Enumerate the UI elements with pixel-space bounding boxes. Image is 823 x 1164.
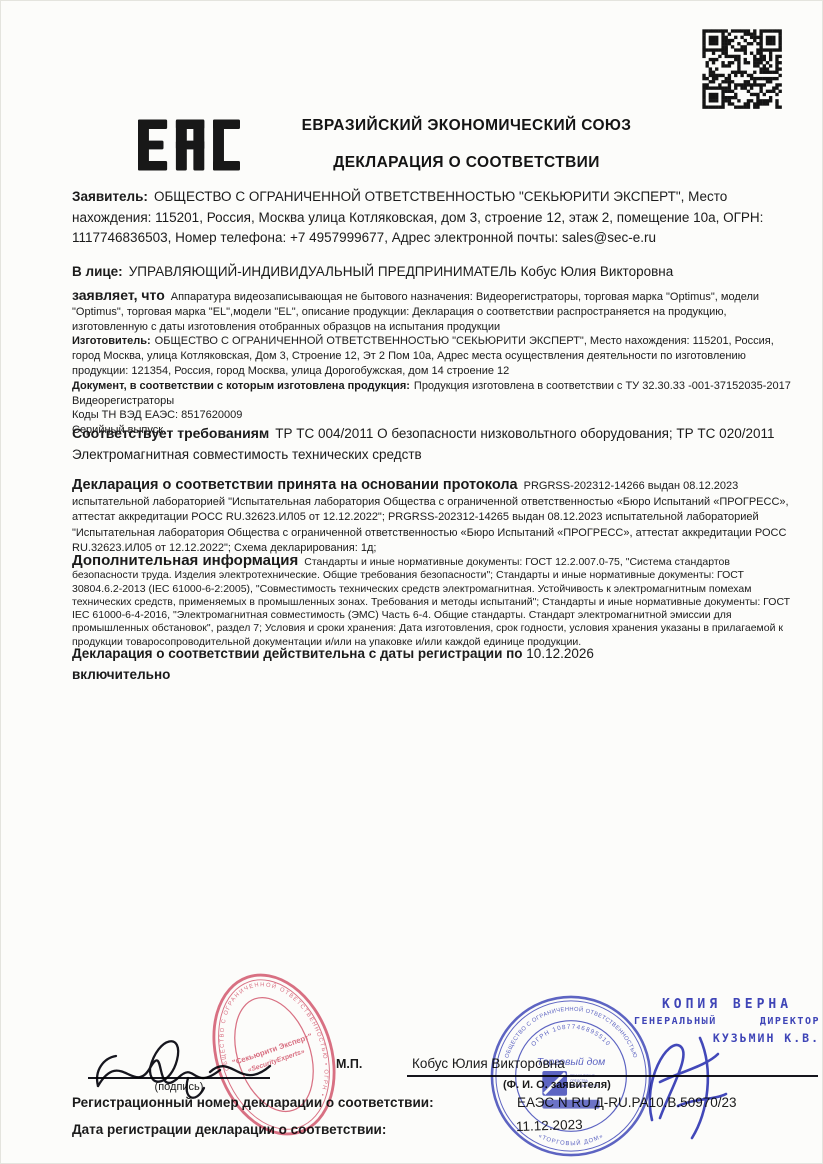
- basis-label: Декларация о соответствии принята на осн…: [72, 477, 518, 493]
- product-type-line: Видеорегистраторы: [72, 394, 792, 409]
- in-person-paragraph: В лице:УПРАВЛЯЮЩИЙ-ИНДИВИДУАЛЬНЫЙ ПРЕДПР…: [72, 262, 788, 282]
- applicant-label: Заявитель:: [72, 189, 148, 204]
- manufacturer-label: Изготовитель:: [72, 335, 151, 347]
- compliance-label: Соответствует требованиям: [72, 425, 269, 441]
- in-person-label: В лице:: [72, 264, 123, 279]
- additional-info-paragraph: Дополнительная информацияСтандарты и ины…: [72, 554, 792, 649]
- applicant-paragraph: Заявитель:ОБЩЕСТВО С ОГРАНИЧЕННОЙ ОТВЕТС…: [72, 187, 780, 249]
- validity-label: Декларация о соответствии действительна …: [72, 646, 523, 661]
- copy-verified-line2: ГЕНЕРАЛЬНЫЙ ДИРЕКТОР: [634, 1016, 820, 1027]
- blue-stamp-tiny1: ТЕХНИЧЕСКИЕ: [570, 1074, 596, 1078]
- document-text: Продукция изготовлена в соответствии с Т…: [414, 380, 791, 392]
- declares-product-text: Аппаратура видеозаписывающая не бытового…: [72, 291, 759, 333]
- company-red-stamp: ОБЩЕСТВО С ОГРАНИЧЕННОЙ ОТВЕТСТВЕННОСТЬЮ…: [198, 957, 350, 1153]
- declares-label: заявляет, что: [72, 287, 165, 303]
- blue-stamp-center-text: Торговый дом: [537, 1057, 606, 1068]
- copy-verified-mark: КОПИЯ ВЕРНА ГЕНЕРАЛЬНЫЙ ДИРЕКТОР КУЗЬМИН…: [634, 997, 820, 1045]
- in-person-text: УПРАВЛЯЮЩИЙ-ИНДИВИДУАЛЬНЫЙ ПРЕДПРИНИМАТЕ…: [129, 264, 674, 279]
- basis-paragraph: Декларация о соответствии принята на осн…: [72, 478, 792, 557]
- document-label: Документ, в соответствии с которым изгот…: [72, 380, 410, 392]
- validity-date: 10.12.2026: [526, 646, 594, 661]
- declaration-document-page: ЕВРАЗИЙСКИЙ ЭКОНОМИЧЕСКИЙ СОЮЗ ДЕКЛАРАЦИ…: [0, 0, 823, 1164]
- blue-stamp-tiny2: СРЕДСТВА: [570, 1079, 589, 1083]
- document-title-line1: ЕВРАЗИЙСКИЙ ЭКОНОМИЧЕСКИЙ СОЮЗ: [110, 117, 823, 135]
- copy-verified-role-right: ДИРЕКТОР: [760, 1016, 820, 1027]
- svg-text:ОГРН 1087746895510: ОГРН 1087746895510: [530, 1024, 612, 1048]
- manufacturer-text: ОБЩЕСТВО С ОГРАНИЧЕННОЙ ОТВЕТСТВЕННОСТЬЮ…: [72, 335, 774, 377]
- compliance-paragraph: Соответствует требованиямТР ТС 004/2011 …: [72, 423, 778, 465]
- tnved-code-line: Коды ТН ВЭД ЕАЭС: 8517620009: [72, 408, 792, 423]
- blue-stamp-ogrn-text: ОГРН 1087746895510: [530, 1024, 612, 1048]
- svg-text:«ТОРГОВЫЙ ДОМ»: «ТОРГОВЫЙ ДОМ»: [537, 1133, 605, 1147]
- copy-verified-name: КУЗЬМИН К.В.: [634, 1031, 820, 1045]
- copy-verified-line1: КОПИЯ ВЕРНА: [634, 997, 820, 1012]
- declares-paragraph: заявляет, чтоАппаратура видеозаписывающа…: [72, 288, 792, 438]
- validity-suffix: включительно: [72, 665, 792, 686]
- declares-product-line: заявляет, чтоАппаратура видеозаписывающа…: [72, 288, 792, 334]
- document-basis-line: Документ, в соответствии с которым изгот…: [72, 379, 792, 394]
- document-title-line2: ДЕКЛАРАЦИЯ О СООТВЕТСТВИИ: [110, 154, 823, 172]
- qr-code: [694, 23, 790, 115]
- blue-stamp-tiny3: БЕЗОПАСНОСТИ: [570, 1084, 598, 1088]
- copy-verified-role-left: ГЕНЕРАЛЬНЫЙ: [634, 1016, 717, 1027]
- additional-info-label: Дополнительная информация: [72, 552, 298, 569]
- validity-paragraph: Декларация о соответствии действительна …: [72, 644, 792, 685]
- blue-stamp-ring-bottom-text: «ТОРГОВЫЙ ДОМ»: [537, 1133, 605, 1147]
- applicant-text: ОБЩЕСТВО С ОГРАНИЧЕННОЙ ОТВЕТСТВЕННОСТЬЮ…: [72, 189, 763, 245]
- additional-info-text: Стандарты и иные нормативные документы: …: [72, 556, 790, 648]
- trading-house-blue-stamp: ОБЩЕСТВО С ОГРАНИЧЕННОЙ ОТВЕТСТВЕННОСТЬЮ…: [487, 992, 655, 1160]
- manufacturer-line: Изготовитель:ОБЩЕСТВО С ОГРАНИЧЕННОЙ ОТВ…: [72, 334, 792, 378]
